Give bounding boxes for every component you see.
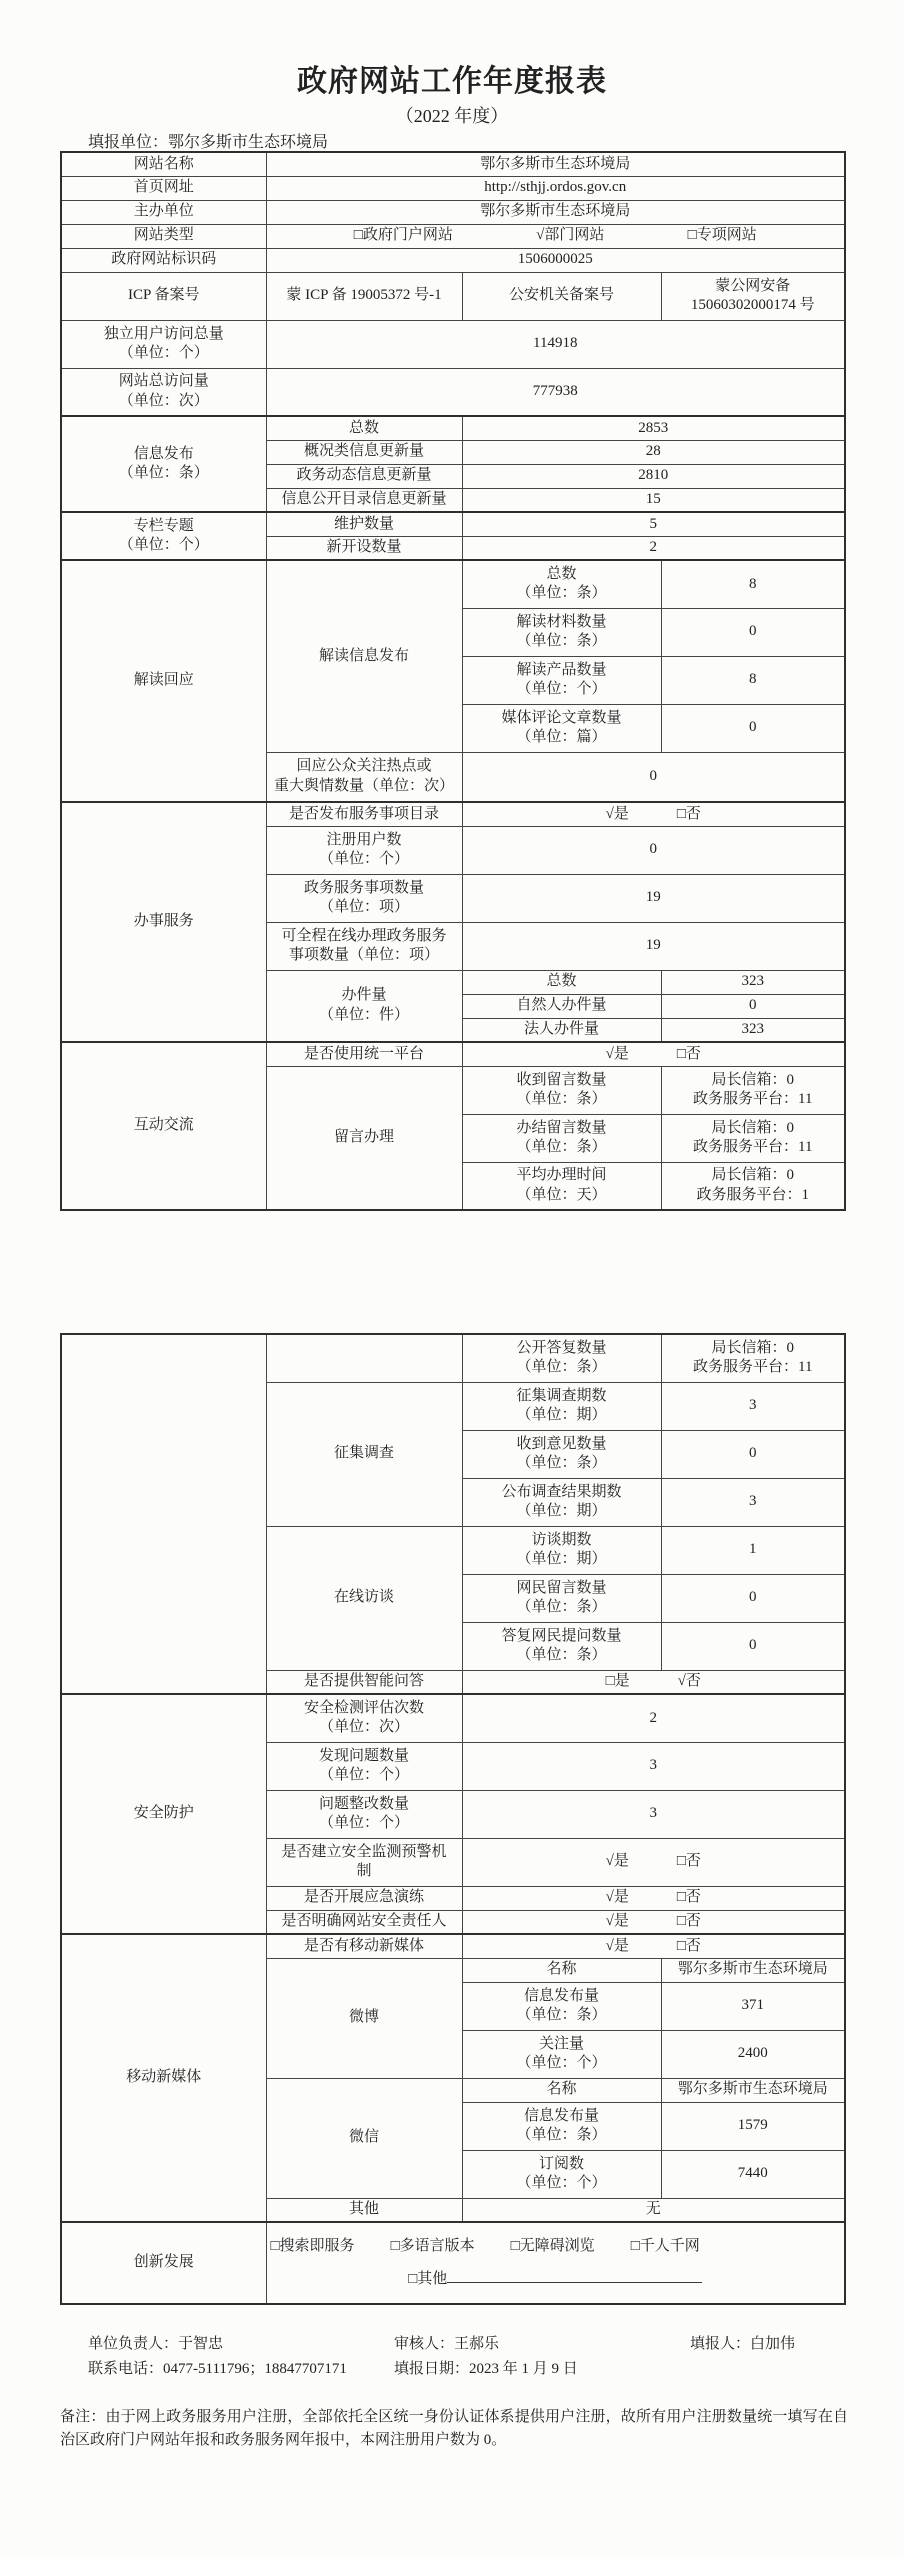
site-code-value: 1506000025 <box>266 248 845 272</box>
report-page: 政府网站工作年度报表 （2022 年度） 填报单位：鄂尔多斯市生态环境局 网站名… <box>0 0 904 2559</box>
row-interpret-total: 解读回应 解读信息发布 总数 （单位：条） 8 <box>61 560 845 608</box>
security-owner-label: 是否明确网站安全责任人 <box>266 1910 462 1934</box>
unified-platform-value: √是 □否 <box>462 1042 845 1066</box>
innovation-options: □搜索即服务 □多语言版本 □无障碍浏览 □千人千网 □其他 <box>266 2222 845 2304</box>
metric-value: 0 <box>661 1622 845 1670</box>
metric-value: 2400 <box>661 2030 845 2078</box>
section-info-pub: 信息发布 （单位：条） <box>61 416 266 512</box>
checkbox-yes: □是 <box>606 1672 630 1692</box>
metric-value: 3 <box>462 1790 845 1838</box>
row-info-pub-total: 信息发布 （单位：条） 总数 2853 <box>61 416 845 440</box>
metric-label: 网民留言数量 （单位：条） <box>462 1574 661 1622</box>
smart-qa-value: □是 √否 <box>462 1670 845 1694</box>
service-catalog-value: √是 □否 <box>462 802 845 826</box>
section-interact: 互动交流 <box>61 1042 266 1210</box>
metric-value: 局长信箱：0 政务服务平台：11 <box>661 1334 845 1382</box>
has-mobile-label: 是否有移动新媒体 <box>266 1934 462 1958</box>
row-unified-platform: 互动交流 是否使用统一平台 √是 □否 <box>61 1042 845 1066</box>
checkbox-other: □其他 <box>408 2271 447 2287</box>
checkbox-yes: √是 <box>606 1912 629 1932</box>
metric-value: 3 <box>462 1742 845 1790</box>
hot-response-label: 回应公众关注热点或 重大舆情数量（单位：次） <box>266 752 462 802</box>
interview-label: 在线访谈 <box>266 1526 462 1670</box>
metric-label: 政务动态信息更新量 <box>266 464 462 488</box>
row-site-code: 政府网站标识码 1506000025 <box>61 248 845 272</box>
metric-label: 解读材料数量 （单位：条） <box>462 608 661 656</box>
unique-visitors-label: 独立用户访问总量 （单位：个） <box>61 320 266 368</box>
metric-label: 维护数量 <box>266 512 462 536</box>
checkbox-yes: √是 <box>606 1045 629 1065</box>
metric-value: 2 <box>462 1694 845 1742</box>
icp-value: 蒙 ICP 备 19005372 号-1 <box>266 272 462 320</box>
metric-label: 政务服务事项数量 （单位：项） <box>266 874 462 922</box>
filing-unit: 填报单位：鄂尔多斯市生态环境局 <box>88 129 328 152</box>
row-site-type: 网站类型 □政府门户网站 √部门网站 □专项网站 <box>61 224 845 248</box>
volume-label: 办件量 （单位：件） <box>266 970 462 1042</box>
metric-value: 7440 <box>661 2150 845 2198</box>
section-innovation: 创新发展 <box>61 2222 266 2304</box>
checkbox-no: □否 <box>677 805 701 825</box>
mobile-other-value: 无 <box>462 2198 845 2222</box>
msg-handling-label: 留言办理 <box>266 1066 462 1210</box>
has-mobile-value: √是 □否 <box>462 1934 845 1958</box>
section-mobile: 移动新媒体 <box>61 1934 266 2222</box>
security-drill-label: 是否开展应急演练 <box>266 1886 462 1910</box>
row-service-catalog: 办事服务 是否发布服务事项目录 √是 □否 <box>61 802 845 826</box>
metric-label: 可全程在线办理政务服务 事项数量（单位：项） <box>266 922 462 970</box>
metric-value: 局长信箱：0 政务服务平台：1 <box>661 1162 845 1210</box>
checkbox-search-service: □搜索即服务 <box>271 2237 355 2257</box>
metric-label: 问题整改数量 （单位：个） <box>266 1790 462 1838</box>
metric-label: 收到留言数量 （单位：条） <box>462 1066 661 1114</box>
metric-label: 总数 <box>462 970 661 994</box>
footer-date: 填报日期：2023 年 1 月 9 日 <box>394 2357 578 2378</box>
metric-label: 收到意见数量 （单位：条） <box>462 1430 661 1478</box>
metric-value: 0 <box>661 1574 845 1622</box>
checkbox-accessibility: □无障碍浏览 <box>511 2237 595 2257</box>
weibo-label: 微博 <box>266 1958 462 2078</box>
site-name-value: 鄂尔多斯市生态环境局 <box>266 152 845 176</box>
metric-value: 局长信箱：0 政务服务平台：11 <box>661 1114 845 1162</box>
metric-value: 1 <box>661 1526 845 1574</box>
survey-label: 征集调查 <box>266 1382 462 1526</box>
footer-filler: 填报人：白加伟 <box>690 2332 795 2353</box>
wechat-label: 微信 <box>266 2078 462 2198</box>
total-visits-label: 网站总访问量 （单位：次） <box>61 368 266 416</box>
metric-value: 323 <box>661 1018 845 1042</box>
metric-value: 0 <box>661 608 845 656</box>
section-columns: 专栏专题 （单位：个） <box>61 512 266 560</box>
row-home-url: 首页网址 http://sthjj.ordos.gov.cn <box>61 176 845 200</box>
footer-phone: 联系电话：0477-5111796；18847707171 <box>88 2357 347 2378</box>
police-record-value: 蒙公网安备 15060302000174 号 <box>661 272 845 320</box>
metric-label: 信息发布量 （单位：条） <box>462 1982 661 2030</box>
metric-value: 323 <box>661 970 845 994</box>
row-has-mobile: 移动新媒体 是否有移动新媒体 √是 □否 <box>61 1934 845 1958</box>
checkbox-gov-portal: □政府门户网站 <box>354 226 453 246</box>
metric-value: 2810 <box>462 464 845 488</box>
hot-response-value: 0 <box>462 752 845 802</box>
section-interact-cont <box>61 1334 266 1694</box>
security-drill-value: √是 □否 <box>462 1886 845 1910</box>
metric-label: 总数 <box>266 416 462 440</box>
metric-value: 0 <box>661 704 845 752</box>
checkbox-no: □否 <box>677 1888 701 1908</box>
page-title: 政府网站工作年度报表 <box>0 56 904 100</box>
unique-visitors-value: 114918 <box>266 320 845 368</box>
footer-principal: 单位负责人：于智忠 <box>88 2332 223 2353</box>
metric-value: 3 <box>661 1382 845 1430</box>
metric-label: 访谈期数 （单位：期） <box>462 1526 661 1574</box>
service-catalog-label: 是否发布服务事项目录 <box>266 802 462 826</box>
row-sponsor: 主办单位 鄂尔多斯市生态环境局 <box>61 200 845 224</box>
security-warning-label: 是否建立安全监测预警机 制 <box>266 1838 462 1886</box>
mobile-other-label: 其他 <box>266 2198 462 2222</box>
total-visits-value: 777938 <box>266 368 845 416</box>
metric-label: 平均办理时间 （单位：天） <box>462 1162 661 1210</box>
row-total-visits: 网站总访问量 （单位：次） 777938 <box>61 368 845 416</box>
icp-label: ICP 备案号 <box>61 272 266 320</box>
row-columns-maintained: 专栏专题 （单位：个） 维护数量 5 <box>61 512 845 536</box>
section-interpret: 解读回应 <box>61 560 266 802</box>
checkbox-special-site: □专项网站 <box>688 226 757 246</box>
checkbox-yes: √是 <box>606 1937 629 1957</box>
metric-label: 总数 （单位：条） <box>462 560 661 608</box>
checkbox-no: □否 <box>677 1912 701 1932</box>
metric-label: 注册用户数 （单位：个） <box>266 826 462 874</box>
metric-label: 解读产品数量 （单位：个） <box>462 656 661 704</box>
checkbox-yes: √是 <box>606 1888 629 1908</box>
sponsor-label: 主办单位 <box>61 200 266 224</box>
metric-label: 信息公开目录信息更新量 <box>266 488 462 512</box>
row-unique-visitors: 独立用户访问总量 （单位：个） 114918 <box>61 320 845 368</box>
checkbox-yes: √是 <box>606 805 629 825</box>
metric-label: 自然人办件量 <box>462 994 661 1018</box>
metric-label: 公开答复数量 （单位：条） <box>462 1334 661 1382</box>
smart-qa-label: 是否提供智能问答 <box>266 1670 462 1694</box>
checkbox-yes: √是 <box>606 1852 629 1872</box>
metric-value: 0 <box>661 994 845 1018</box>
metric-value: 鄂尔多斯市生态环境局 <box>661 2078 845 2102</box>
footer-note: 备注：由于网上政务服务用户注册，全部依托全区统一身份认证体系提供用户注册，故所有… <box>60 2406 848 2452</box>
report-table-page2: 公开答复数量 （单位：条） 局长信箱：0 政务服务平台：11 征集调查 征集调查… <box>60 1333 846 2305</box>
metric-label: 公布调查结果期数 （单位：期） <box>462 1478 661 1526</box>
site-type-options: □政府门户网站 √部门网站 □专项网站 <box>266 224 845 248</box>
checkbox-dept-site: √部门网站 <box>536 226 604 246</box>
metric-label: 媒体评论文章数量 （单位：篇） <box>462 704 661 752</box>
metric-value: 19 <box>462 874 845 922</box>
site-code-label: 政府网站标识码 <box>61 248 266 272</box>
metric-value: 371 <box>661 1982 845 2030</box>
row-public-reply: 公开答复数量 （单位：条） 局长信箱：0 政务服务平台：11 <box>61 1334 845 1382</box>
checkbox-no: □否 <box>677 1937 701 1957</box>
site-name-label: 网站名称 <box>61 152 266 176</box>
security-warning-value: √是 □否 <box>462 1838 845 1886</box>
metric-label: 新开设数量 <box>266 536 462 560</box>
checkbox-no: □否 <box>677 1852 701 1872</box>
section-service: 办事服务 <box>61 802 266 1042</box>
section-security: 安全防护 <box>61 1694 266 1934</box>
metric-value: 局长信箱：0 政务服务平台：11 <box>661 1066 845 1114</box>
sponsor-value: 鄂尔多斯市生态环境局 <box>266 200 845 224</box>
metric-value: 鄂尔多斯市生态环境局 <box>661 1958 845 1982</box>
metric-label: 名称 <box>462 2078 661 2102</box>
metric-label: 订阅数 （单位：个） <box>462 2150 661 2198</box>
police-record-label: 公安机关备案号 <box>462 272 661 320</box>
row-site-name: 网站名称 鄂尔多斯市生态环境局 <box>61 152 845 176</box>
report-table-page1: 网站名称 鄂尔多斯市生态环境局 首页网址 http://sthjj.ordos.… <box>60 151 846 1211</box>
metric-value: 8 <box>661 656 845 704</box>
metric-value: 19 <box>462 922 845 970</box>
home-url-label: 首页网址 <box>61 176 266 200</box>
site-type-label: 网站类型 <box>61 224 266 248</box>
metric-value: 5 <box>462 512 845 536</box>
unified-platform-label: 是否使用统一平台 <box>266 1042 462 1066</box>
checkbox-no: □否 <box>677 1045 701 1065</box>
metric-value: 1579 <box>661 2102 845 2150</box>
row-innovation: 创新发展 □搜索即服务 □多语言版本 □无障碍浏览 □千人千网 □其他 <box>61 2222 845 2304</box>
metric-value: 2 <box>462 536 845 560</box>
home-url-value: http://sthjj.ordos.gov.cn <box>266 176 845 200</box>
footer-reviewer: 审核人：王郝乐 <box>394 2332 499 2353</box>
metric-value: 2853 <box>462 416 845 440</box>
metric-value: 0 <box>661 1430 845 1478</box>
metric-label: 发现问题数量 （单位：个） <box>266 1742 462 1790</box>
metric-label: 安全检测评估次数 （单位：次） <box>266 1694 462 1742</box>
checkbox-multilang: □多语言版本 <box>391 2237 475 2257</box>
security-owner-value: √是 □否 <box>462 1910 845 1934</box>
row-security-checks: 安全防护 安全检测评估次数 （单位：次） 2 <box>61 1694 845 1742</box>
metric-label: 名称 <box>462 1958 661 1982</box>
checkbox-no: √否 <box>678 1672 701 1692</box>
interpret-pub-label: 解读信息发布 <box>266 560 462 752</box>
row-icp: ICP 备案号 蒙 ICP 备 19005372 号-1 公安机关备案号 蒙公网… <box>61 272 845 320</box>
msg-handling-cont <box>266 1334 462 1382</box>
metric-label: 法人办件量 <box>462 1018 661 1042</box>
metric-value: 28 <box>462 440 845 464</box>
checkbox-personalized: □千人千网 <box>631 2237 700 2257</box>
fill-in-blank-line <box>447 2268 702 2283</box>
metric-value: 0 <box>462 826 845 874</box>
metric-label: 关注量 （单位：个） <box>462 2030 661 2078</box>
metric-value: 3 <box>661 1478 845 1526</box>
metric-label: 概况类信息更新量 <box>266 440 462 464</box>
page-subtitle: （2022 年度） <box>0 102 904 128</box>
metric-label: 信息发布量 （单位：条） <box>462 2102 661 2150</box>
metric-label: 答复网民提问数量 （单位：条） <box>462 1622 661 1670</box>
metric-value: 15 <box>462 488 845 512</box>
metric-label: 办结留言数量 （单位：条） <box>462 1114 661 1162</box>
metric-value: 8 <box>661 560 845 608</box>
metric-label: 征集调查期数 （单位：期） <box>462 1382 661 1430</box>
